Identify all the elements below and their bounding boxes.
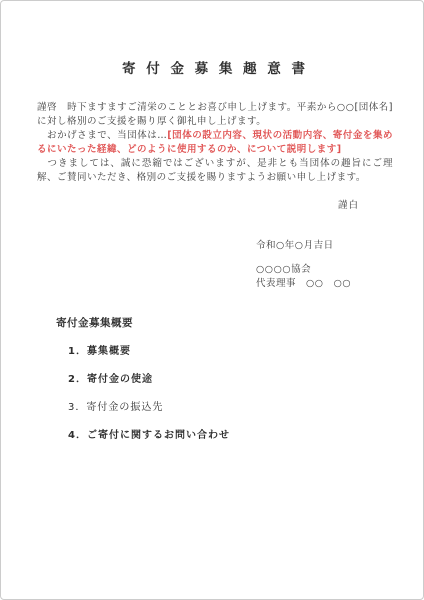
closing-word: 謹白	[37, 197, 393, 211]
explanation-intro-text: おかげさまで、当団体は…	[37, 130, 167, 141]
document-title: 寄 付 金 募 集 趣 意 書	[37, 57, 393, 77]
overview-item-furikomisaki: 3．寄付金の振込先	[68, 402, 393, 414]
document-page: 寄 付 金 募 集 趣 意 書 謹啓 時下ますますご清栄のこととお喜び申し上げま…	[0, 0, 424, 600]
opening-paragraph: 謹啓 時下ますますご清栄のこととお喜び申し上げます。平素から○○[団体名]に対し…	[37, 101, 393, 129]
overview-item-boshu-gaiyo: 1．募集概要	[68, 346, 393, 358]
signature-block: ○○○○協会 代表理事 ○○ ○○	[256, 263, 393, 291]
document-content: 寄 付 金 募 集 趣 意 書 謹啓 時下ますますご清栄のこととお喜び申し上げま…	[1, 1, 423, 442]
request-paragraph: つきましては、誠に恐縮ではございますが、是非とも当団体の趣旨にご理解、ご賛同いた…	[37, 157, 393, 185]
explanation-paragraph: おかげさまで、当団体は…[団体の設立内容、現状の活動内容、寄付金を集めるにいたっ…	[37, 129, 393, 157]
organization-name: ○○○○協会	[256, 263, 393, 277]
overview-item-shito: 2．寄付金の使途	[68, 374, 393, 386]
representative-name: 代表理事 ○○ ○○	[256, 277, 393, 291]
overview-item-otoiawase: 4．ご寄付に関するお問い合わせ	[68, 430, 393, 442]
date-line: 令和○年○月吉日	[256, 237, 393, 251]
overview-heading: 寄付金募集概要	[56, 315, 393, 330]
overview-list: 1．募集概要 2．寄付金の使途 3．寄付金の振込先 4．ご寄付に関するお問い合わ…	[37, 346, 393, 442]
